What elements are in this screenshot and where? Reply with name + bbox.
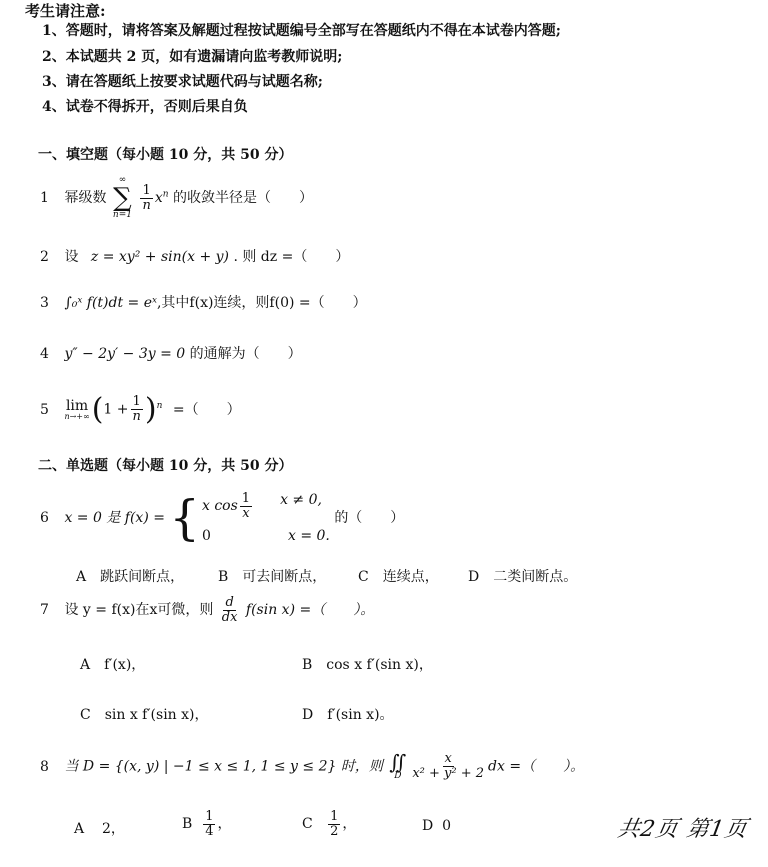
question-1: 1 幂级数 ∞ ∑ n=1 1nxn 的收敛半径是（ ）	[40, 176, 313, 220]
question-6: 6 x = 0 是 f(x) = { x cos1xx ≠ 0, 0x = 0.…	[40, 492, 404, 544]
question-text: 的收敛半径是（ ）	[173, 190, 313, 206]
q8-option-c: C 12，	[302, 810, 356, 838]
limit: limn→+∞	[64, 399, 89, 421]
math-expression: x = 0 是 f(x) =	[64, 510, 165, 526]
double-integral: ∬D	[389, 752, 406, 781]
question-text: 的（ ）	[334, 510, 404, 526]
q7-option-b: B cos x f′(sin x)，	[302, 654, 433, 674]
q7-option-a: A f′(x)，	[80, 654, 145, 674]
q6-option-b: B 可去间断点，	[218, 566, 326, 586]
math-expression: 当 D = {(x, y) | −1 ≤ x ≤ 1, 1 ≤ y ≤ 2} 时…	[64, 759, 382, 775]
question-text: =（ ）	[173, 402, 241, 418]
question-number: 4	[40, 346, 60, 362]
q8-option-d: D 0	[422, 818, 451, 834]
question-7: 7 设 y = f(x)在x可微，则 ddx f(sin x) =（ ）。	[40, 596, 374, 624]
fraction: xx² + y² + 2	[410, 752, 486, 780]
q6-option-c: C 连续点，	[358, 566, 439, 586]
notice-item-2: 2、本试题共 2 页，如有遗漏请向监考教师说明;	[42, 46, 342, 66]
question-2: 2 设 z = xy² + sin(x + y) . 则 dz =（ ）	[40, 246, 349, 266]
question-text: 设	[64, 249, 78, 265]
notice-item-4: 4、试卷不得拆开，否则后果自负	[42, 96, 248, 116]
q6-option-a: A 跳跃间断点，	[76, 566, 184, 586]
summation: ∞ ∑ n=1	[113, 176, 132, 220]
q8-option-a: A 2，	[74, 818, 125, 838]
question-text: 的通解为（ ）	[190, 346, 302, 362]
question-3: 3 ∫₀ˣ f(t)dt = eˣ,其中f(x)连续，则f(0) =（ ）	[40, 292, 367, 312]
sigma-symbol: ∑	[113, 185, 132, 211]
fraction: 1n	[140, 184, 152, 212]
q8-option-b: B 14，	[182, 810, 231, 838]
math-expression: dx =（ ）。	[488, 759, 584, 775]
piecewise-function: { x cos1xx ≠ 0, 0x = 0.	[169, 492, 329, 544]
q7-option-c: C sin x f′(sin x)，	[80, 704, 209, 724]
question-4: 4 y″ − 2y′ − 3y = 0 的通解为（ ）	[40, 343, 302, 363]
question-number: 5	[40, 402, 60, 418]
notice-title: 考生请注意:	[25, 0, 106, 21]
question-number: 7	[40, 602, 60, 618]
question-number: 1	[40, 190, 60, 206]
math-expression: f(sin x) =（ ）。	[246, 602, 374, 618]
question-number: 6	[40, 510, 60, 526]
question-text: 设 y = f(x)在x可微，则	[64, 602, 213, 618]
question-text: ,其中f(x)连续，则f(0) =（ ）	[157, 295, 367, 311]
question-5: 5 limn→+∞(1 +1n)n =（ ）	[40, 392, 241, 427]
math-expression: z = xy² + sin(x + y)	[91, 249, 229, 265]
notice-item-3: 3、请在答题纸上按要求试题代码与试题名称;	[42, 71, 323, 91]
question-text: . 则 dz =（ ）	[233, 249, 349, 265]
section-2-title: 二、单选题（每小题 10 分，共 50 分）	[38, 455, 292, 475]
q6-option-d: D 二类间断点。	[468, 566, 577, 586]
math-expression: ∫₀ˣ f(t)dt = eˣ	[64, 295, 157, 311]
question-text: 幂级数	[64, 190, 106, 206]
handwritten-page-note: 共2页 第1页	[615, 812, 750, 843]
derivative-operator: ddx	[220, 596, 240, 624]
question-number: 2	[40, 249, 60, 265]
q7-option-d: D f′(sin x)。	[302, 704, 394, 724]
section-1-title: 一、填空题（每小题 10 分，共 50 分）	[38, 144, 292, 164]
question-8: 8 当 D = {(x, y) | −1 ≤ x ≤ 1, 1 ≤ y ≤ 2}…	[40, 752, 584, 781]
question-number: 3	[40, 295, 60, 311]
notice-item-1: 1、答题时，请将答案及解题过程按试题编号全部写在答题纸内不得在本试卷内答题;	[42, 20, 561, 40]
math-expression: y″ − 2y′ − 3y = 0	[64, 346, 185, 362]
question-number: 8	[40, 759, 60, 775]
